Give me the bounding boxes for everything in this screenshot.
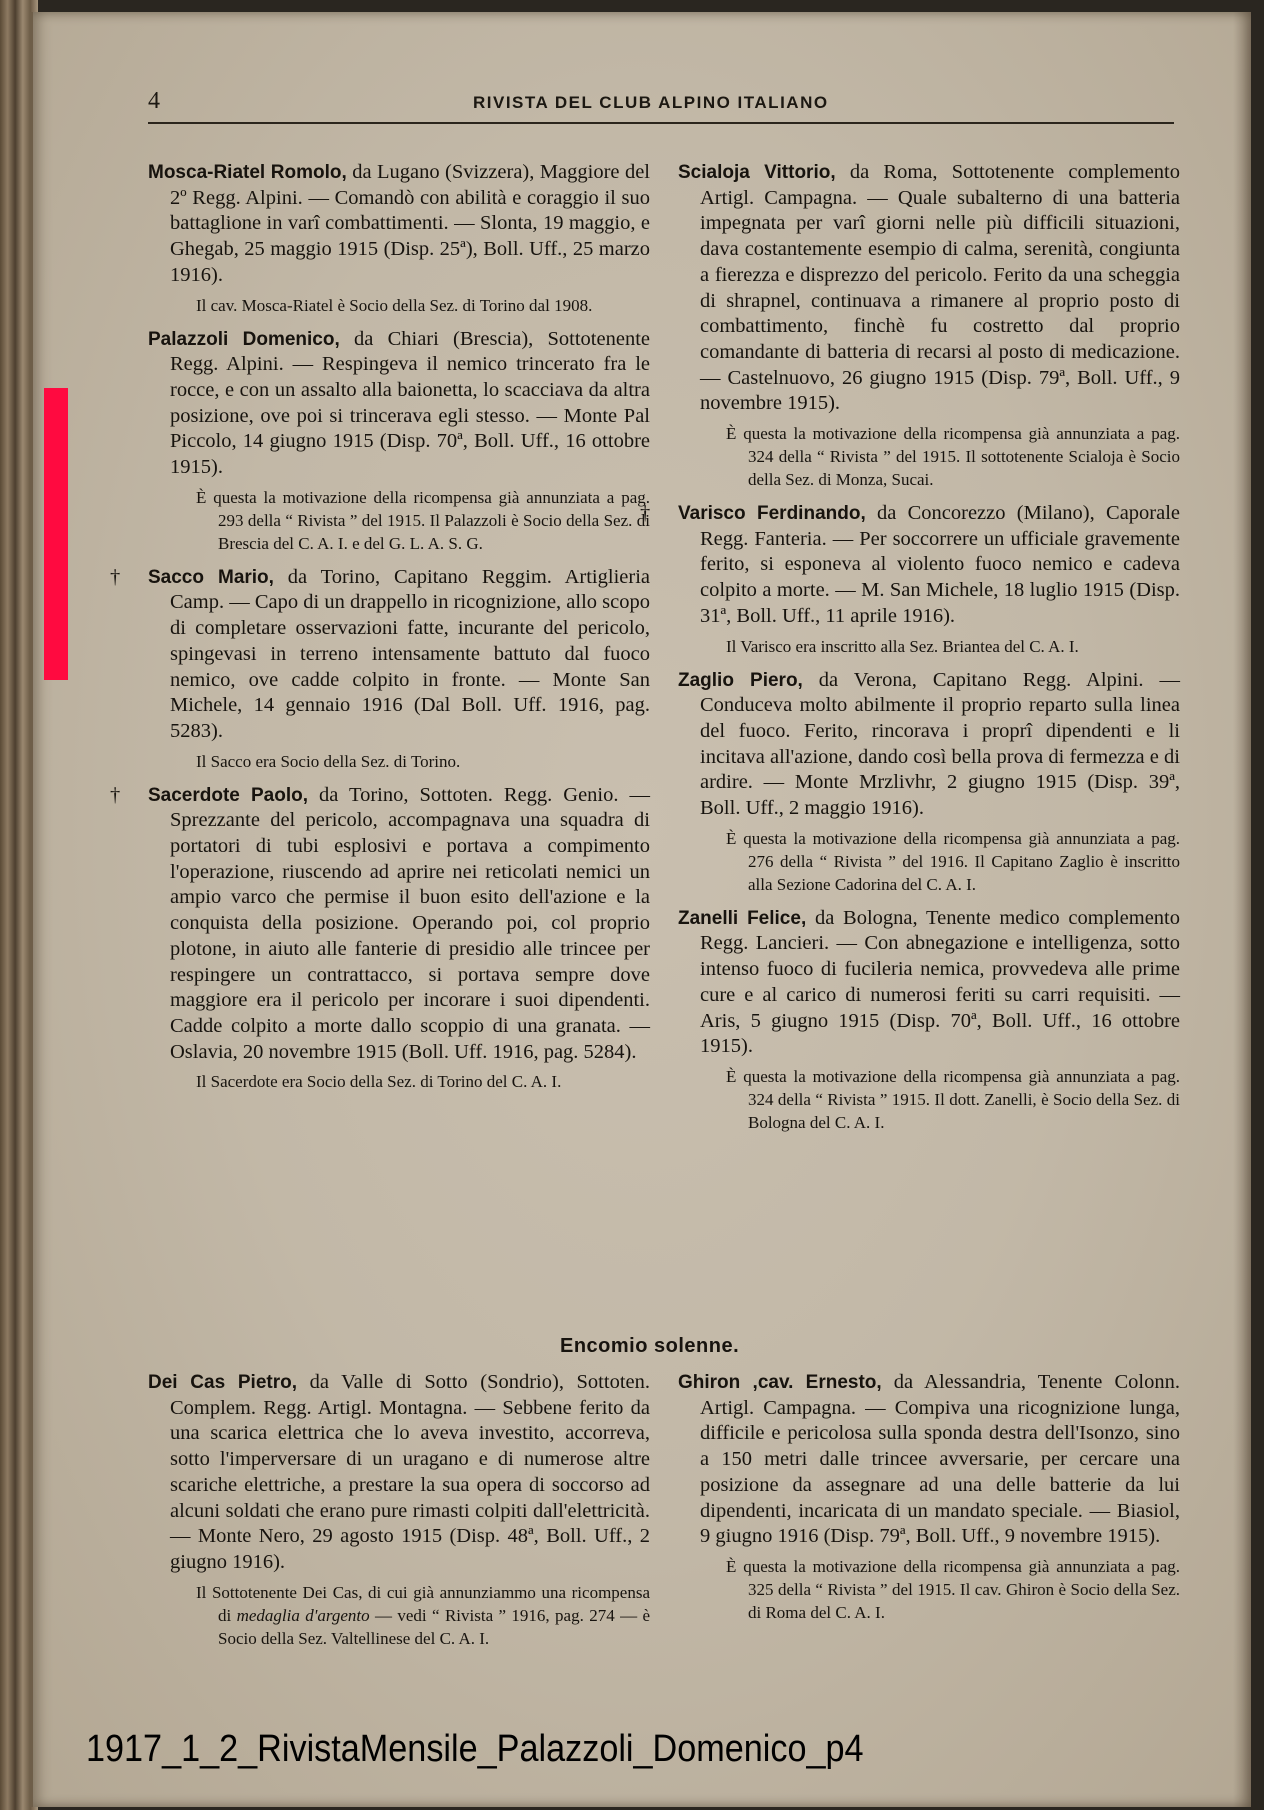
entry-name: Varisco Ferdinando, xyxy=(678,503,866,524)
image-caption: 1917_1_2_RivistaMensile_Palazzoli_Domeni… xyxy=(86,1728,864,1771)
page-header: 4 RIVISTA DEL CLUB ALPINO ITALIANO xyxy=(148,88,1174,120)
entry-text: da Bologna, Tenente medico complemento R… xyxy=(700,907,1180,1058)
entry-text: da Chiari (Brescia), Sottotenente Regg. … xyxy=(170,328,650,479)
running-title: RIVISTA DEL CLUB ALPINO ITALIANO xyxy=(473,93,829,113)
entry-name: Sacco Mario, xyxy=(148,567,274,588)
header-rule xyxy=(148,122,1174,124)
entry-text: da Verona, Capitano Regg. Alpini. — Cond… xyxy=(700,669,1180,820)
entry-text: da Torino, Capitano Reggim. Artiglieria … xyxy=(170,566,650,742)
entry-name: Scialoja Vittorio, xyxy=(678,162,836,183)
entry-palazzoli: Palazzoli Domenico, da Chiari (Brescia),… xyxy=(148,327,650,555)
entry-note: È questa la motivazione della ricompensa… xyxy=(678,1555,1180,1624)
entry-note: È questa la motivazione della ricompensa… xyxy=(148,486,650,555)
entry-text: da Torino, Sottoten. Regg. Genio. — Spre… xyxy=(170,784,650,1063)
entry-name: Dei Cas Pietro, xyxy=(148,1372,297,1393)
right-column: Scialoja Vittorio, da Roma, Sottotenente… xyxy=(678,160,1180,1144)
emphasis-text: medaglia d'argento xyxy=(237,1606,370,1625)
entry-sacco: †Sacco Mario, da Torino, Capitano Reggim… xyxy=(148,565,650,773)
entry-text: da Roma, Sottotenente complemento Artigl… xyxy=(700,161,1180,414)
entry-zaglio: Zaglio Piero, da Verona, Capitano Regg. … xyxy=(678,668,1180,896)
entry-note: Il Sottotenente Dei Cas, di cui già annu… xyxy=(148,1581,650,1650)
entry-name: Zaglio Piero, xyxy=(678,670,803,691)
entry-name: Palazzoli Domenico, xyxy=(148,329,340,350)
entry-ghiron: Ghiron ,cav. Ernesto, da Alessandria, Te… xyxy=(678,1370,1180,1624)
page-edge-shadow xyxy=(1233,12,1251,1807)
right-column-encomio: Ghiron ,cav. Ernesto, da Alessandria, Te… xyxy=(678,1370,1180,1634)
page-number: 4 xyxy=(148,88,160,115)
entry-name: Mosca-Riatel Romolo, xyxy=(148,162,347,183)
entry-sacerdote: †Sacerdote Paolo, da Torino, Sottoten. R… xyxy=(148,783,650,1094)
entry-mosca-riatel: Mosca-Riatel Romolo, da Lugano (Svizzera… xyxy=(148,160,650,317)
left-column-encomio: Dei Cas Pietro, da Valle di Sotto (Sondr… xyxy=(148,1370,650,1660)
entry-note: È questa la motivazione della ricompensa… xyxy=(678,1065,1180,1134)
section-heading: Encomio solenne. xyxy=(560,1335,739,1358)
entry-note: È questa la motivazione della ricompensa… xyxy=(678,422,1180,491)
entry-text: da Valle di Sotto (Sondrio), Sottoten. C… xyxy=(170,1371,650,1573)
entry-varisco: †Varisco Ferdinando, da Concorezzo (Mila… xyxy=(678,501,1180,658)
entry-note: È questa la motivazione della ricompensa… xyxy=(678,827,1180,896)
entry-dei-cas: Dei Cas Pietro, da Valle di Sotto (Sondr… xyxy=(148,1370,650,1650)
left-column: Mosca-Riatel Romolo, da Lugano (Svizzera… xyxy=(148,160,650,1103)
entry-note: Il Varisco era inscritto alla Sez. Brian… xyxy=(678,635,1180,658)
entry-name: Ghiron ,cav. Ernesto, xyxy=(678,1372,882,1393)
entry-zanelli: Zanelli Felice, da Bologna, Tenente medi… xyxy=(678,906,1180,1134)
entry-note: Il Sacerdote era Socio della Sez. di Tor… xyxy=(148,1070,650,1093)
entry-name: Sacerdote Paolo, xyxy=(148,785,308,806)
entry-name: Zanelli Felice, xyxy=(678,908,806,929)
entry-note: Il cav. Mosca-Riatel è Socio della Sez. … xyxy=(148,294,650,317)
highlight-marker xyxy=(44,388,68,680)
entry-note: Il Sacco era Socio della Sez. di Torino. xyxy=(148,750,650,773)
entry-text: da Alessandria, Tenente Colonn. Artigl. … xyxy=(700,1371,1180,1547)
entry-scialoja: Scialoja Vittorio, da Roma, Sottotenente… xyxy=(678,160,1180,491)
